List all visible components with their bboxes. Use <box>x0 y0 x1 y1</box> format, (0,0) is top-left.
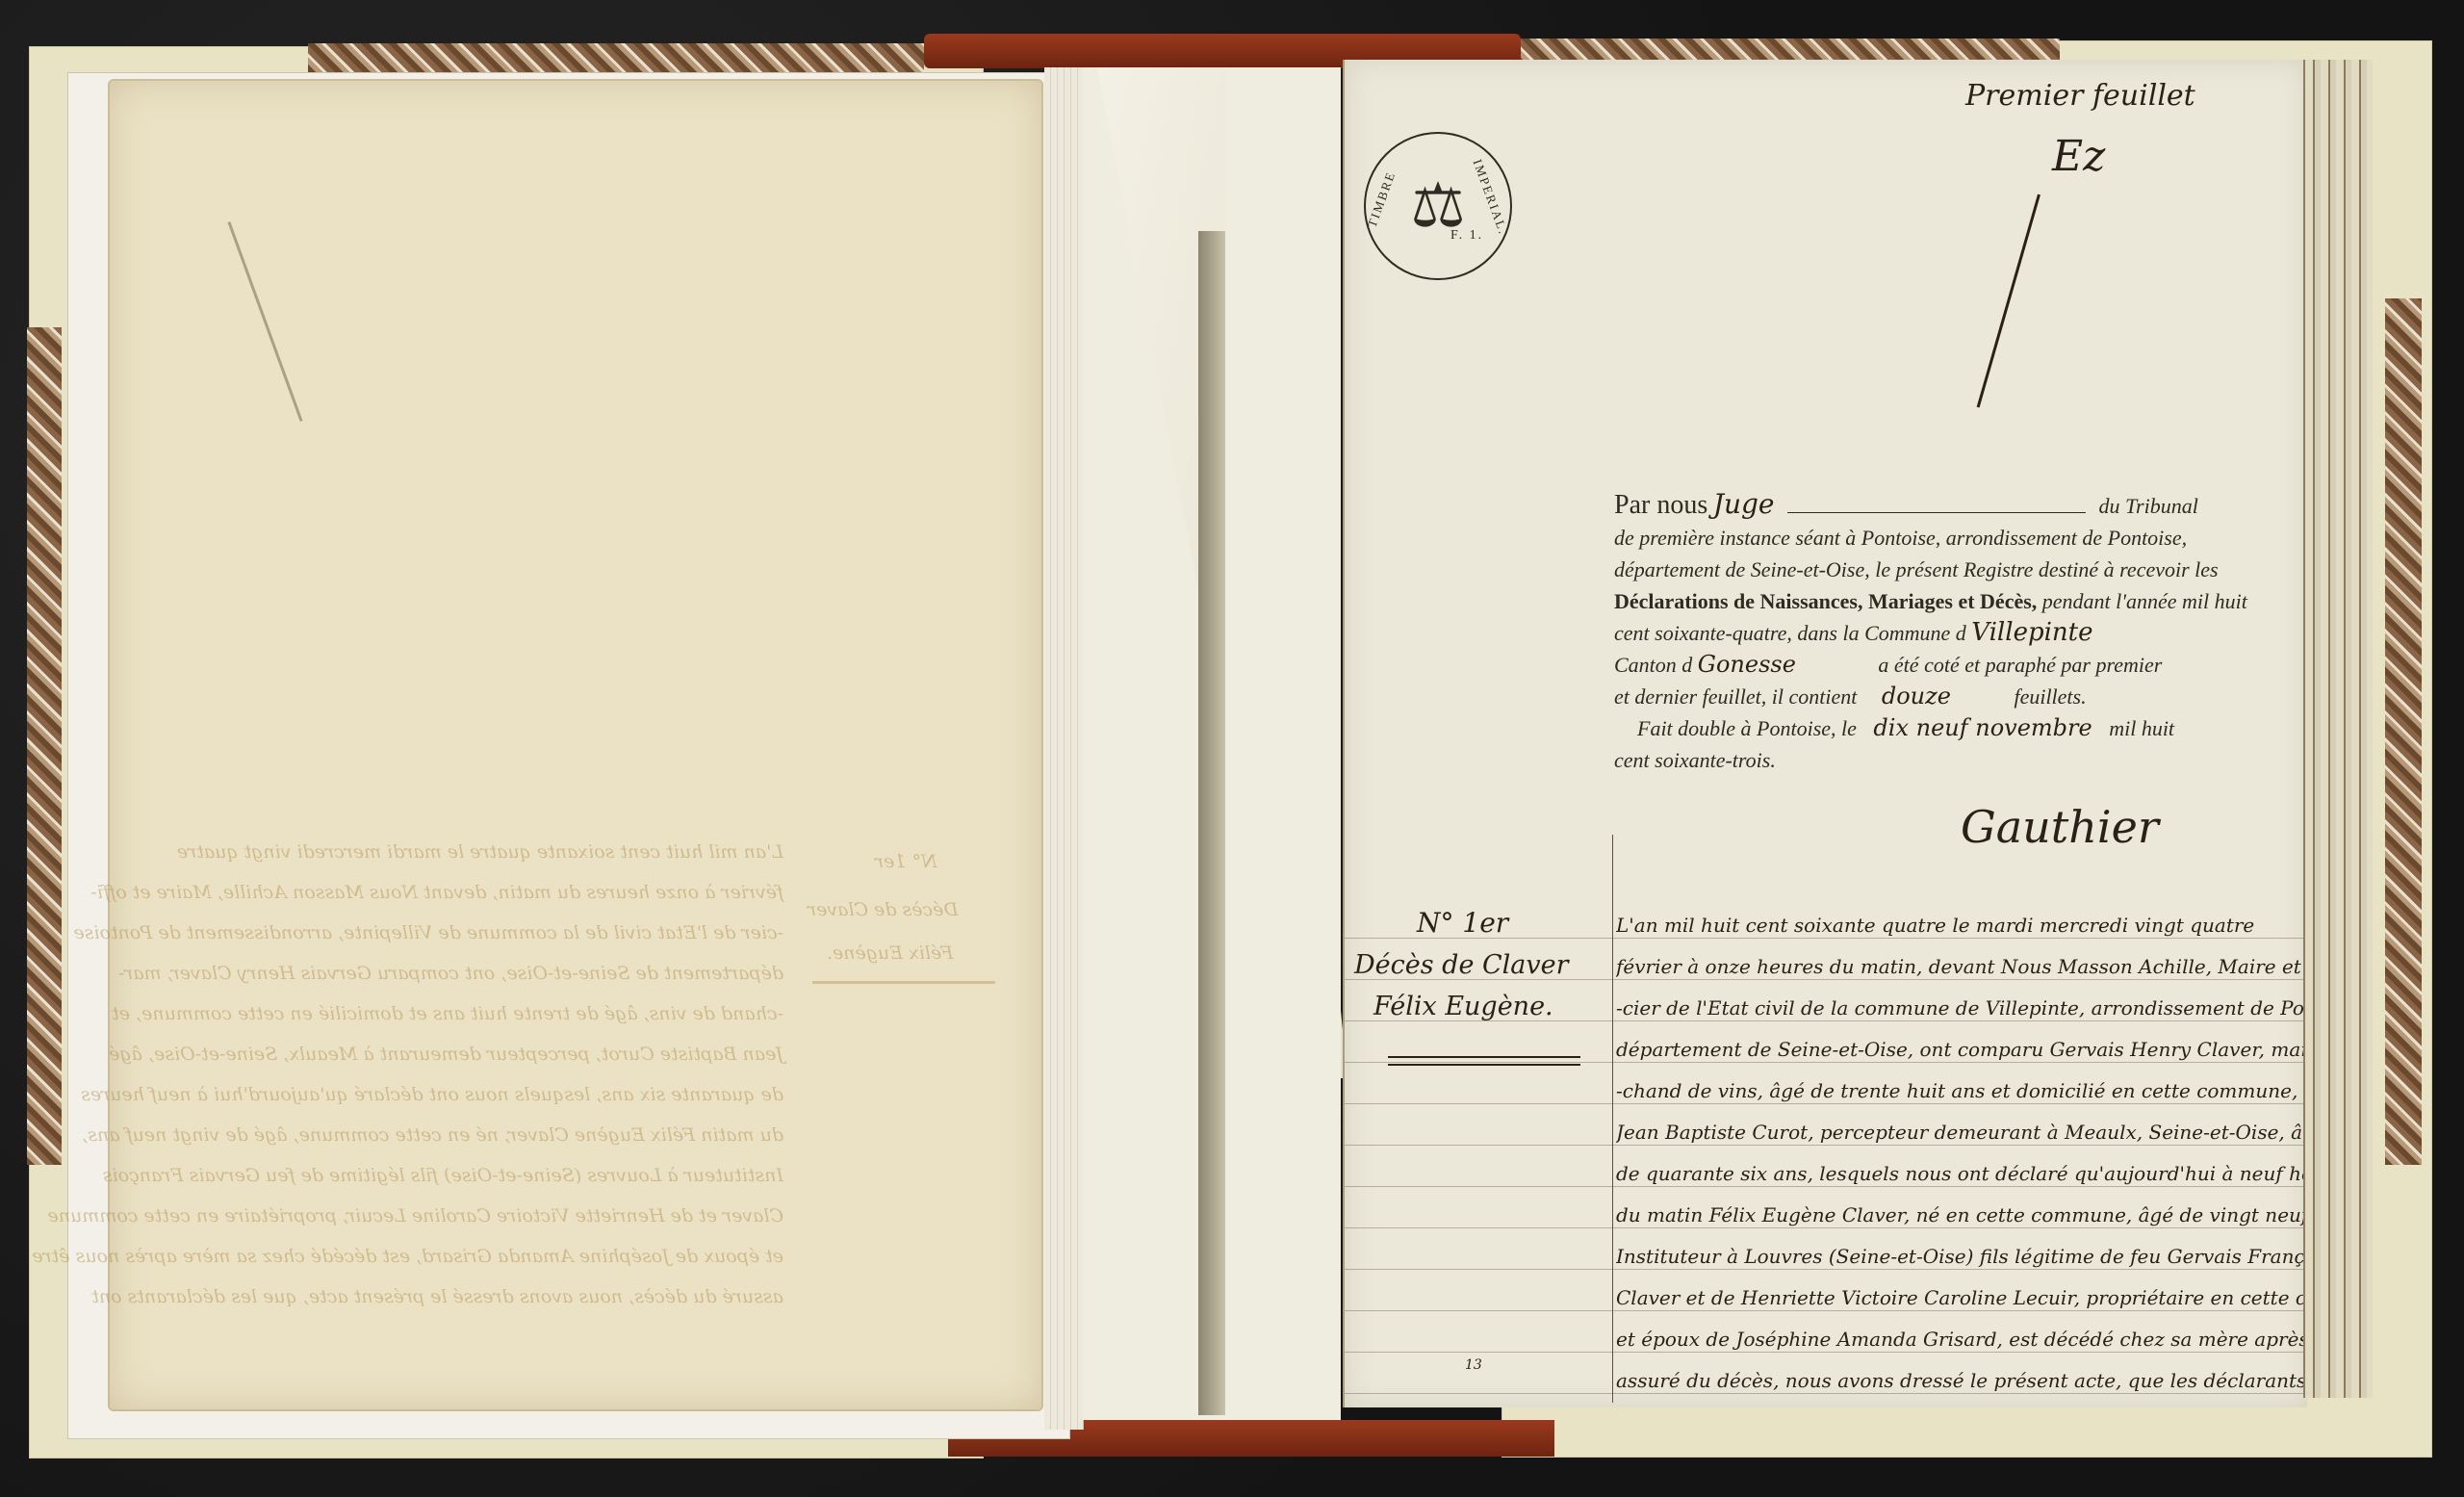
premier-feuillet-annotation: Premier feuillet <box>1965 79 2195 113</box>
entry-double-underline <box>1388 1056 1580 1066</box>
stamp-center-mark: F. 1. <box>1450 228 1483 244</box>
page-number: 13 <box>1465 1357 1482 1373</box>
paraph-initials: Ez <box>2052 132 2105 181</box>
ghost-margin-number: N° 1er <box>875 851 937 872</box>
preamble-line-2: de première instance séant à Pontoise, a… <box>1614 522 2297 554</box>
record-line: Instituteur à Louvres (Seine-et-Oise) fi… <box>1616 1236 2304 1278</box>
preamble-line-8: Fait double à Pontoise, le dix neuf nove… <box>1614 712 2297 744</box>
blank-leaf-right <box>1225 67 1341 1420</box>
ghost-margin-line2: Félix Eugène. <box>827 942 953 964</box>
death-record-body: L'an mil huit cent soixante quatre le ma… <box>1616 905 2304 1402</box>
record-line: février à onze heures du matin, devant N… <box>1616 946 2304 988</box>
preamble-line-7: et dernier feuillet, il contient douze f… <box>1614 681 2297 712</box>
preamble-line-3: département de Seine-et-Oise, le présent… <box>1614 554 2297 585</box>
entry-number: N° 1er <box>1417 907 1508 939</box>
right-page: TIMBRE IMPERIAL. ⚖ F. 1. Premier feuille… <box>1343 60 2307 1407</box>
preamble: Par nous Juge du Tribunal de première in… <box>1614 488 2297 776</box>
record-line: assuré du décès, nous avons dressé le pr… <box>1616 1360 2304 1402</box>
gutter-leaves-left <box>1044 67 1084 1430</box>
preamble-line-4: Déclarations de Naissances, Mariages et … <box>1614 585 2297 617</box>
entry-title-line2: Félix Eugène. <box>1373 992 1553 1021</box>
ghost-body: L'an mil huit cent soixante quatre le ma… <box>110 841 783 1327</box>
record-line: Claver et de Henriette Victoire Caroline… <box>1616 1278 2304 1319</box>
left-page: N° 1er Décès de Claver Félix Eugène. L'a… <box>108 79 1043 1411</box>
marbled-edge-right <box>2385 298 2422 1165</box>
fore-edge-leaves <box>2303 60 2373 1398</box>
marbled-edge-left <box>27 327 62 1165</box>
preamble-line-9: cent soixante-trois. <box>1614 744 2297 776</box>
record-line: du matin Félix Eugène Claver, né en cett… <box>1616 1195 2304 1236</box>
entry-title-line1: Décès de Claver <box>1354 950 1569 980</box>
left-page-pencil-mark <box>227 221 302 422</box>
record-line: -cier de l'Etat civil de la commune de V… <box>1616 988 2304 1029</box>
paraph-stroke <box>1977 194 2040 408</box>
judge-signature: Gauthier <box>1961 801 2159 853</box>
stamp-text-right: IMPERIAL. <box>1470 157 1511 237</box>
preamble-line-1: Par nous Juge du Tribunal <box>1614 488 2297 522</box>
imperial-stamp: TIMBRE IMPERIAL. ⚖ F. 1. <box>1364 132 1512 280</box>
record-line: de quarante six ans, lesquels nous ont d… <box>1616 1153 2304 1195</box>
preamble-line-6: Canton d Gonesse a été coté et paraphé p… <box>1614 649 2297 681</box>
ghost-margin-rule <box>812 981 995 984</box>
record-line: -chand de vins, âgé de trente huit ans e… <box>1616 1071 2304 1112</box>
record-line: département de Seine-et-Oise, ont compar… <box>1616 1029 2304 1071</box>
gutter-shadow <box>1198 231 1225 1415</box>
record-line: Jean Baptiste Curot, percepteur demeuran… <box>1616 1112 2304 1153</box>
stamp-text-left: TIMBRE <box>1365 169 1399 230</box>
record-line: L'an mil huit cent soixante quatre le ma… <box>1616 905 2304 946</box>
record-line: et époux de Joséphine Amanda Grisard, es… <box>1616 1319 2304 1360</box>
preamble-line-5: cent soixante-quatre, dans la Commune d … <box>1614 617 2297 649</box>
marbled-corner-top-left <box>308 43 924 72</box>
ghost-margin-line1: Décès de Claver <box>808 899 959 920</box>
